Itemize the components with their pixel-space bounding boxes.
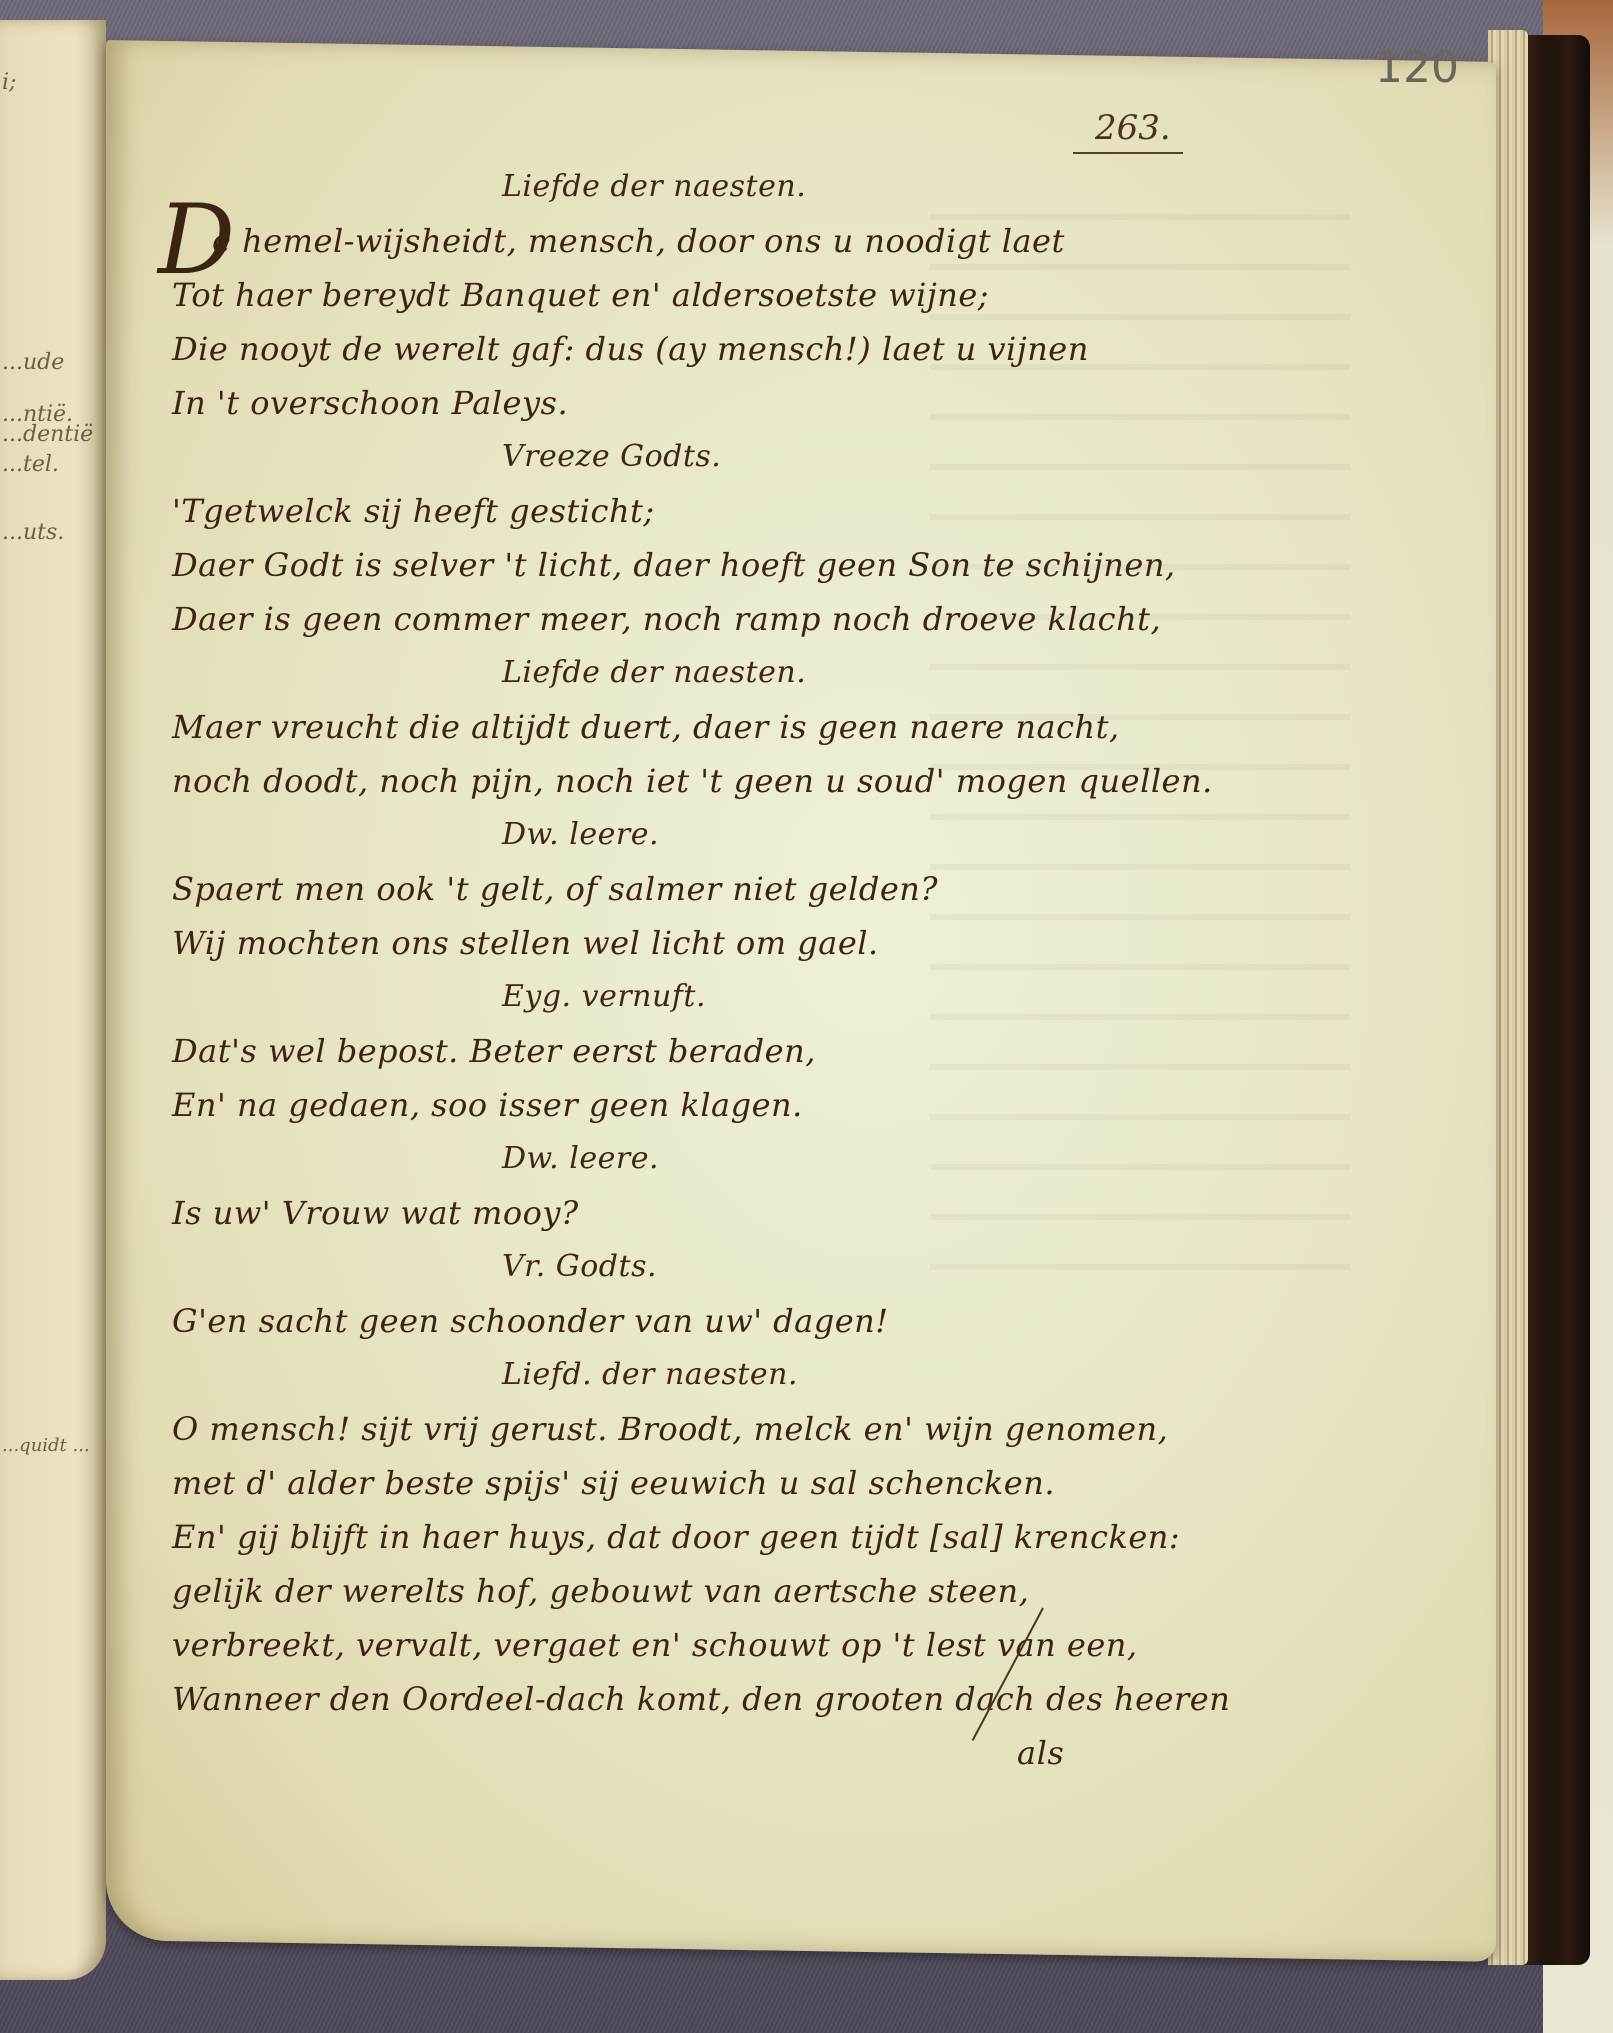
speaker-heading: Liefde der naesten.: [172, 646, 1272, 700]
left-margin-note: ...ude: [2, 350, 64, 375]
left-page: i; ...ude ...ntië. ...dentië ...tel. ...…: [0, 20, 106, 1980]
book-cover-edge: [1520, 35, 1590, 1965]
verse-line: Dat's wel bepost. Beter eerst beraden,: [172, 1024, 1272, 1078]
verse-line: verbreekt, vervalt, vergaet en' schouwt …: [172, 1618, 1272, 1672]
verse-line: noch doodt, noch pijn, noch iet 't geen …: [172, 754, 1272, 808]
verse-line: En' gij blijft in haer huys, dat door ge…: [172, 1510, 1272, 1564]
left-margin-note: i;: [2, 70, 16, 95]
folio-number: 120: [1375, 42, 1459, 93]
verse-line: Daer is geen commer meer, noch ramp noch…: [172, 592, 1272, 646]
verse-line: Die nooyt de werelt gaf: dus (ay mensch!…: [172, 322, 1272, 376]
verse-line: In 't overschoon Paleys.: [172, 376, 1272, 430]
verse-line: Is uw' Vrouw wat mooy?: [172, 1186, 1272, 1240]
verse-line: O mensch! sijt vrij gerust. Broodt, melc…: [172, 1402, 1272, 1456]
page-number: 263.: [1073, 108, 1183, 154]
speaker-heading: Liefde der naesten.: [172, 160, 1272, 214]
verse-line: 'Tgetwelck sij heeft gesticht;: [172, 484, 1272, 538]
verse-line: D e hemel-wijsheidt, mensch, door ons u …: [172, 214, 1272, 268]
left-margin-note: ...quidt ...: [2, 1435, 90, 1456]
verse-line: Wanneer den Oordeel-dach komt, den groot…: [172, 1672, 1272, 1726]
speaker-heading: Vreeze Godts.: [172, 430, 1272, 484]
verse-line: Daer Godt is selver 't licht, daer hoeft…: [172, 538, 1272, 592]
verse-line: G'en sacht geen schoonder van uw' dagen!: [172, 1294, 1272, 1348]
left-margin-note: ...uts.: [2, 520, 64, 545]
left-margin-note: ...dentië: [2, 422, 93, 447]
verse-line: En' na gedaen, soo isser geen klagen.: [172, 1078, 1272, 1132]
closing-word: als: [172, 1726, 1272, 1780]
speaker-heading: Liefd. der naesten.: [172, 1348, 1272, 1402]
verse-line: Tot haer bereydt Banquet en' aldersoetst…: [172, 268, 1272, 322]
speaker-heading: Vr. Godts.: [172, 1240, 1272, 1294]
speaker-heading: Eyg. vernuft.: [172, 970, 1272, 1024]
verse-line: Wij mochten ons stellen wel licht om gae…: [172, 916, 1272, 970]
speaker-heading: Dw. leere.: [172, 808, 1272, 862]
verse-text: e hemel-wijsheidt, mensch, door ons u no…: [212, 222, 1065, 260]
manuscript-text: Liefde der naesten. D e hemel-wijsheidt,…: [172, 160, 1272, 1780]
verse-line: Maer vreucht die altijdt duert, daer is …: [172, 700, 1272, 754]
verse-line: Spaert men ook 't gelt, of salmer niet g…: [172, 862, 1272, 916]
left-margin-note: ...tel.: [2, 452, 59, 477]
speaker-heading: Dw. leere.: [172, 1132, 1272, 1186]
verse-line: met d' alder beste spijs' sij eeuwich u …: [172, 1456, 1272, 1510]
verse-line: gelijk der werelts hof, gebouwt van aert…: [172, 1564, 1272, 1618]
